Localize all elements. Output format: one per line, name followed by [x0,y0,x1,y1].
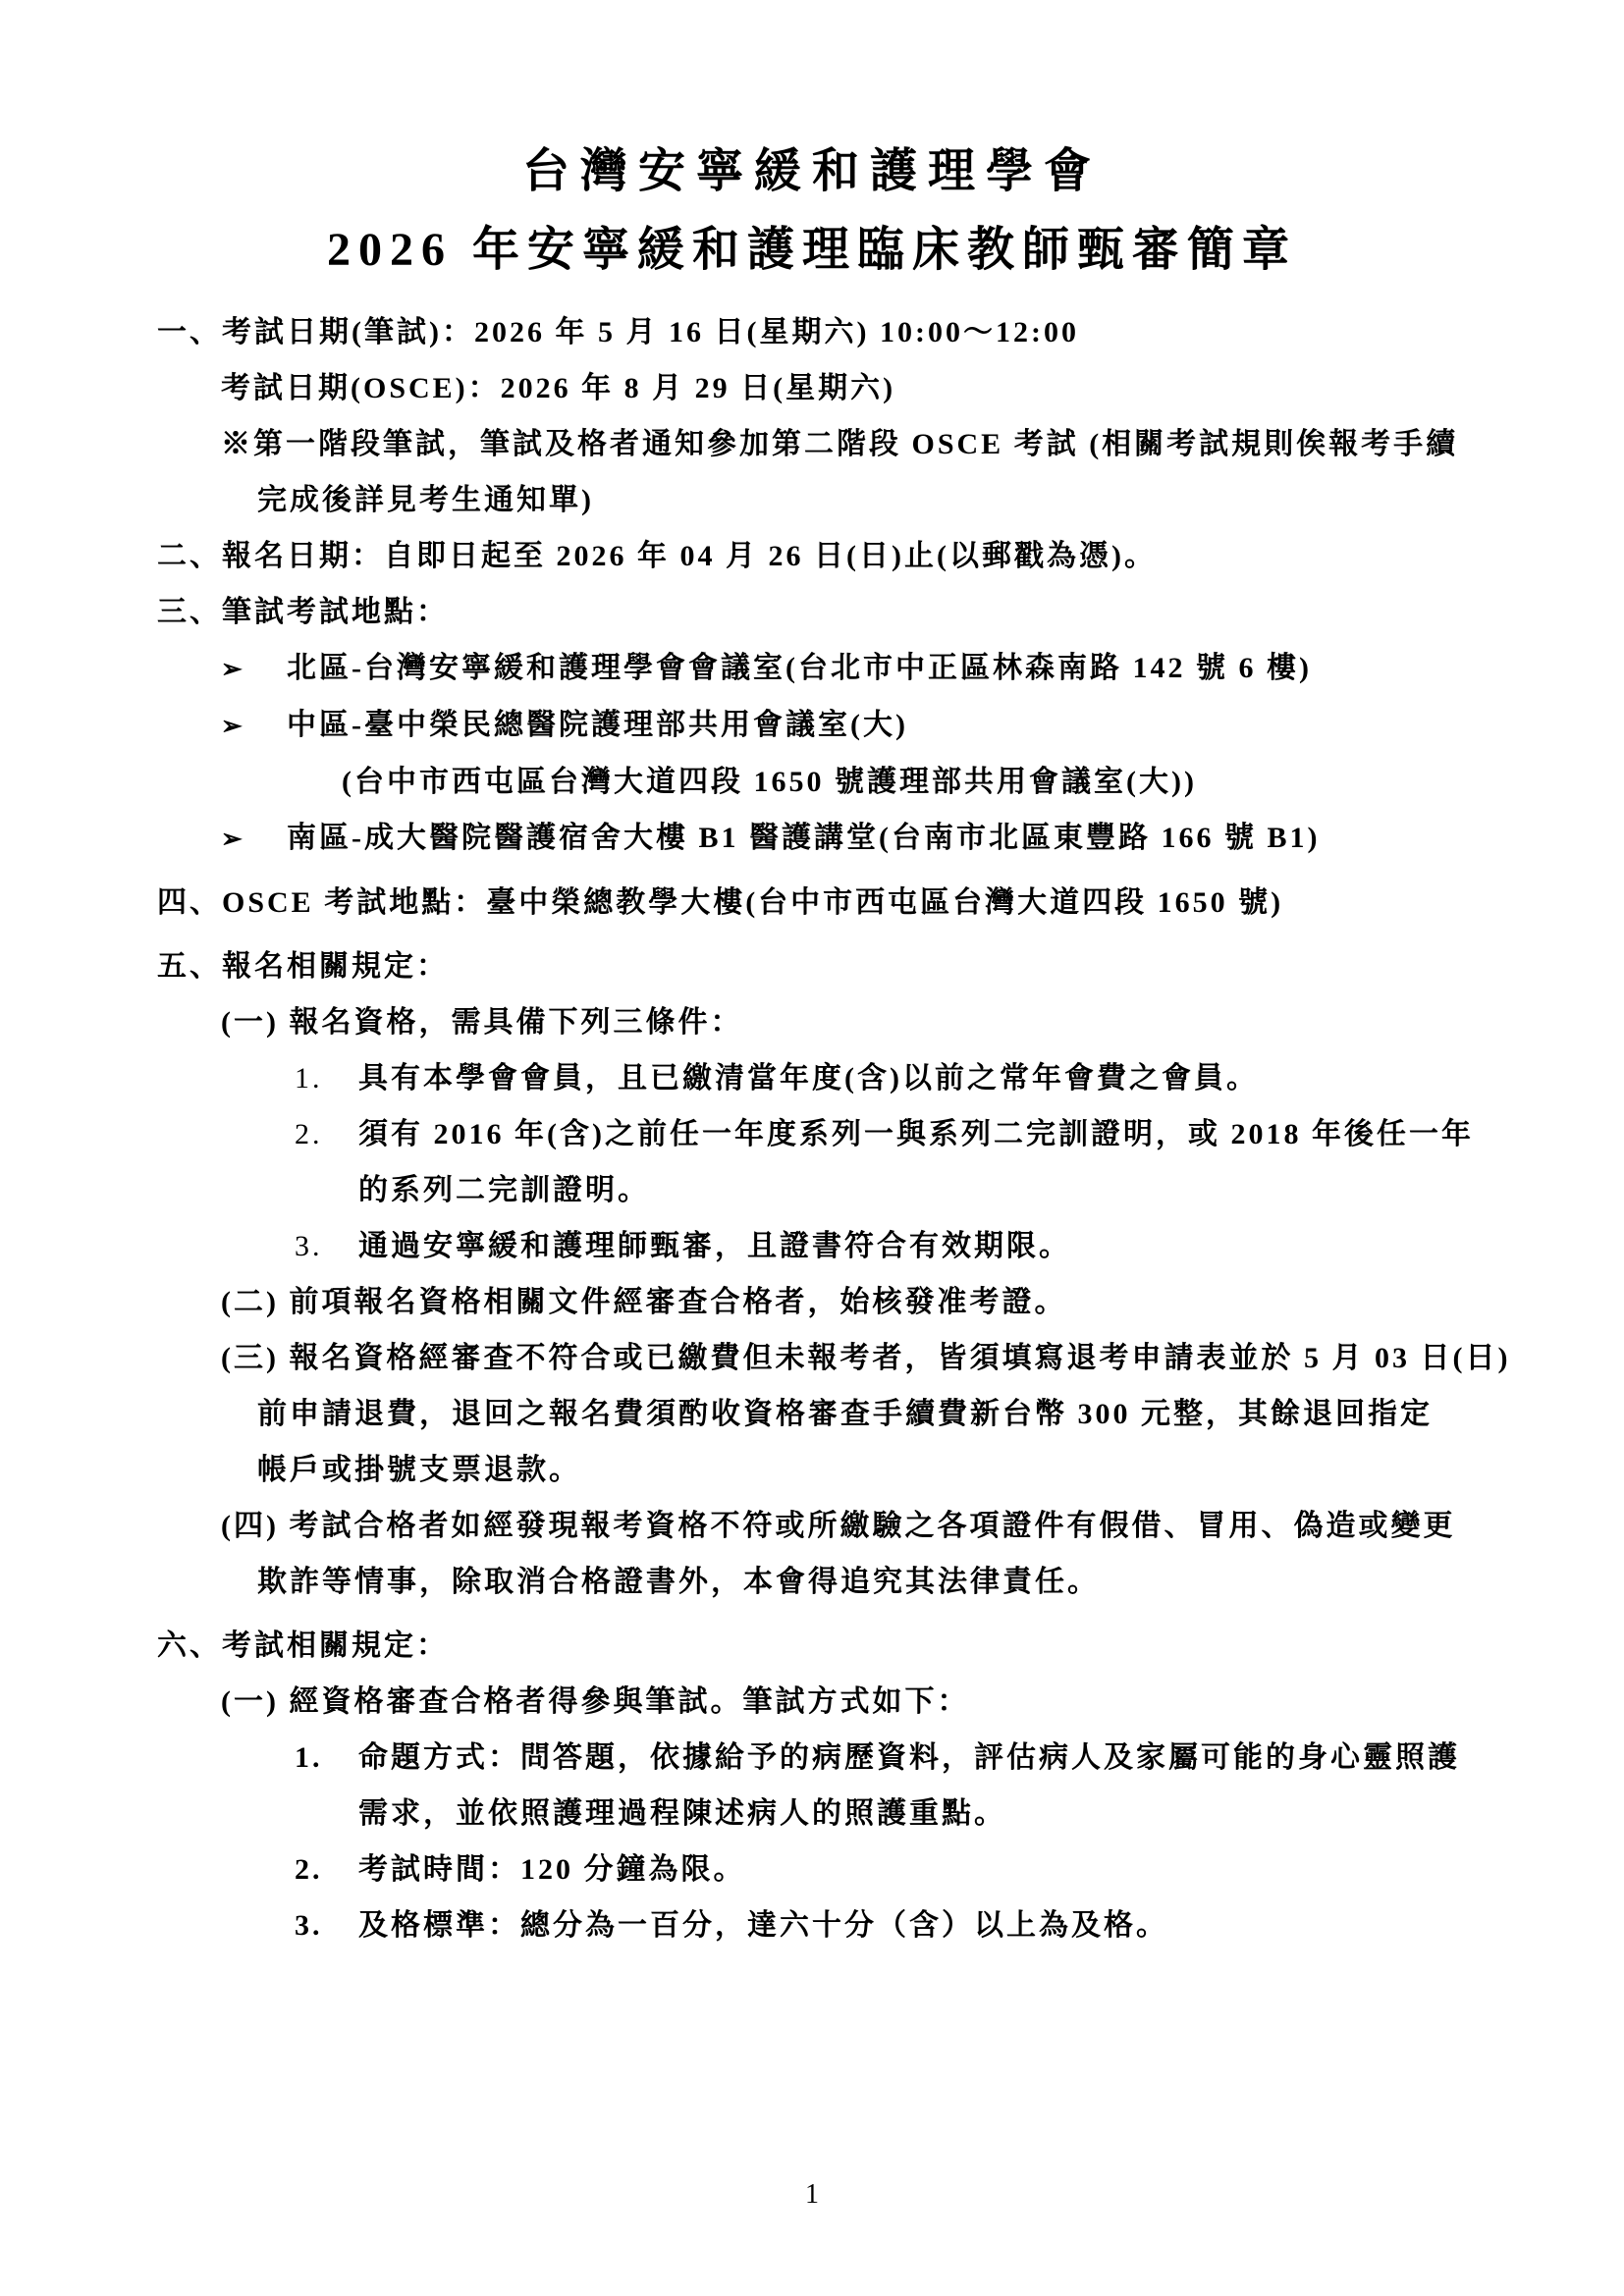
section5-condition-2: 2.須有 2016 年(含)之前任一年度系列一與系列二完訓證明，或 2018 年… [295,1116,1477,1153]
list-item-south-site: ➢南區-成大醫院醫護宿舍大樓 B1 醫護講堂(台南市北區東豐路 166 號 B1… [221,820,1477,858]
list-item-north-site: ➢北區-台灣安寧緩和護理學會會議室(台北市中正區林森南路 142 號 6 樓) [221,650,1477,688]
section5-item1-heading: (一) 報名資格，需具備下列三條件： [221,1004,1477,1041]
list-number: 2. [295,1116,358,1153]
list-item-central-site-address: (台中市西屯區台灣大道四段 1650 號護理部共用會議室(大)) [342,764,1477,801]
list-item-text: 須有 2016 年(含)之前任一年度系列一與系列二完訓證明，或 2018 年後任… [358,1118,1474,1150]
list-item-central-site: ➢中區-臺中榮民總醫院護理部共用會議室(大) [221,707,1477,745]
arrow-bullet-icon: ➢ [221,821,287,858]
section4-osce-location: 四、OSCE 考試地點：臺中榮總教學大樓(台中市西屯區台灣大道四段 1650 號… [157,884,1477,922]
section5-condition-1: 1.具有本學會會員，且已繳清當年度(含)以前之常年會費之會員。 [295,1060,1477,1097]
section2-registration-date: 二、報名日期：自即日起至 2026 年 04 月 26 日(日)止(以郵戳為憑)… [157,538,1477,575]
page-number: 1 [0,2179,1624,2211]
section5-item2: (二) 前項報名資格相關文件經審查合格者，始核發准考證。 [221,1284,1477,1321]
section5-heading: 五、報名相關規定： [157,948,1477,986]
section5-item4-continuation: 欺詐等情事，除取消合格證書外，本會得追究其法律責任。 [257,1564,1477,1601]
list-item-text: 北區-台灣安寧緩和護理學會會議室(台北市中正區林森南路 142 號 6 樓) [287,652,1312,684]
document-body: 一、考試日期(筆試)：2026 年 5 月 16 日(星期六) 10:00～12… [157,314,1477,1945]
section6-sub3: 3.及格標準：總分為一百分，達六十分（含）以上為及格。 [295,1907,1477,1945]
list-item-text: 通過安寧緩和護理師甄審，且證書符合有效期限。 [358,1230,1071,1262]
section5-item4: (四) 考試合格者如經發現報考資格不符或所繳驗之各項證件有假借、冒用、偽造或變更 [221,1508,1477,1545]
section5-condition-3: 3.通過安寧緩和護理師甄審，且證書符合有效期限。 [295,1228,1477,1265]
section6-sub1: 1.命題方式：問答題，依據給予的病歷資料，評估病人及家屬可能的身心靈照護 [295,1739,1477,1777]
section6-heading: 六、考試相關規定： [157,1628,1477,1665]
list-item-text: 命題方式：問答題，依據給予的病歷資料，評估病人及家屬可能的身心靈照護 [358,1741,1460,1774]
section6-item1-heading: (一) 經資格審查合格者得參與筆試。筆試方式如下： [221,1683,1477,1721]
section1-exam-date-osce: 考試日期(OSCE)：2026 年 8 月 29 日(星期六) [221,370,1477,407]
document-page: 台灣安寧緩和護理學會 2026 年安寧緩和護理臨床教師甄審簡章 一、考試日期(筆… [0,0,1624,2296]
section5-item3-continuation-1: 前申請退費，退回之報名費須酌收資格審查手續費新台幣 300 元整，其餘退回指定 [257,1396,1477,1433]
document-title: 台灣安寧緩和護理學會 [0,0,1624,200]
list-number: 2. [295,1851,358,1889]
section5-item3-continuation-2: 帳戶或掛號支票退款。 [257,1452,1477,1489]
list-item-text: 考試時間：120 分鐘為限。 [358,1853,746,1886]
list-number: 3. [295,1907,358,1945]
list-item-text: 具有本學會會員，且已繳清當年度(含)以前之常年會費之會員。 [358,1062,1259,1095]
section5-item3: (三) 報名資格經審查不符合或已繳費但未報考者，皆須填寫退考申請表並於 5 月 … [221,1340,1477,1377]
list-item-text: 及格標準：總分為一百分，達六十分（含）以上為及格。 [358,1909,1168,1942]
section5-condition-2-continuation: 的系列二完訓證明。 [358,1172,1477,1209]
arrow-bullet-icon: ➢ [221,708,287,745]
list-number: 1. [295,1739,358,1777]
list-number: 1. [295,1060,358,1097]
arrow-bullet-icon: ➢ [221,651,287,688]
list-number: 3. [295,1228,358,1265]
section6-sub1-continuation: 需求，並依照護理過程陳述病人的照護重點。 [358,1795,1477,1833]
document-subtitle: 2026 年安寧緩和護理臨床教師甄審簡章 [0,222,1624,279]
section1-note-continuation: 完成後詳見考生通知單) [257,482,1477,519]
section6-sub2: 2.考試時間：120 分鐘為限。 [295,1851,1477,1889]
section1-exam-date-written: 一、考試日期(筆試)：2026 年 5 月 16 日(星期六) 10:00～12… [157,314,1477,351]
list-item-text: 中區-臺中榮民總醫院護理部共用會議室(大) [287,709,908,741]
section1-note: ※第一階段筆試，筆試及格者通知參加第二階段 OSCE 考試 (相關考試規則俟報考… [221,426,1477,463]
list-item-text: 南區-成大醫院醫護宿舍大樓 B1 醫護講堂(台南市北區東豐路 166 號 B1) [287,822,1321,854]
section3-heading: 三、筆試考試地點： [157,594,1477,631]
